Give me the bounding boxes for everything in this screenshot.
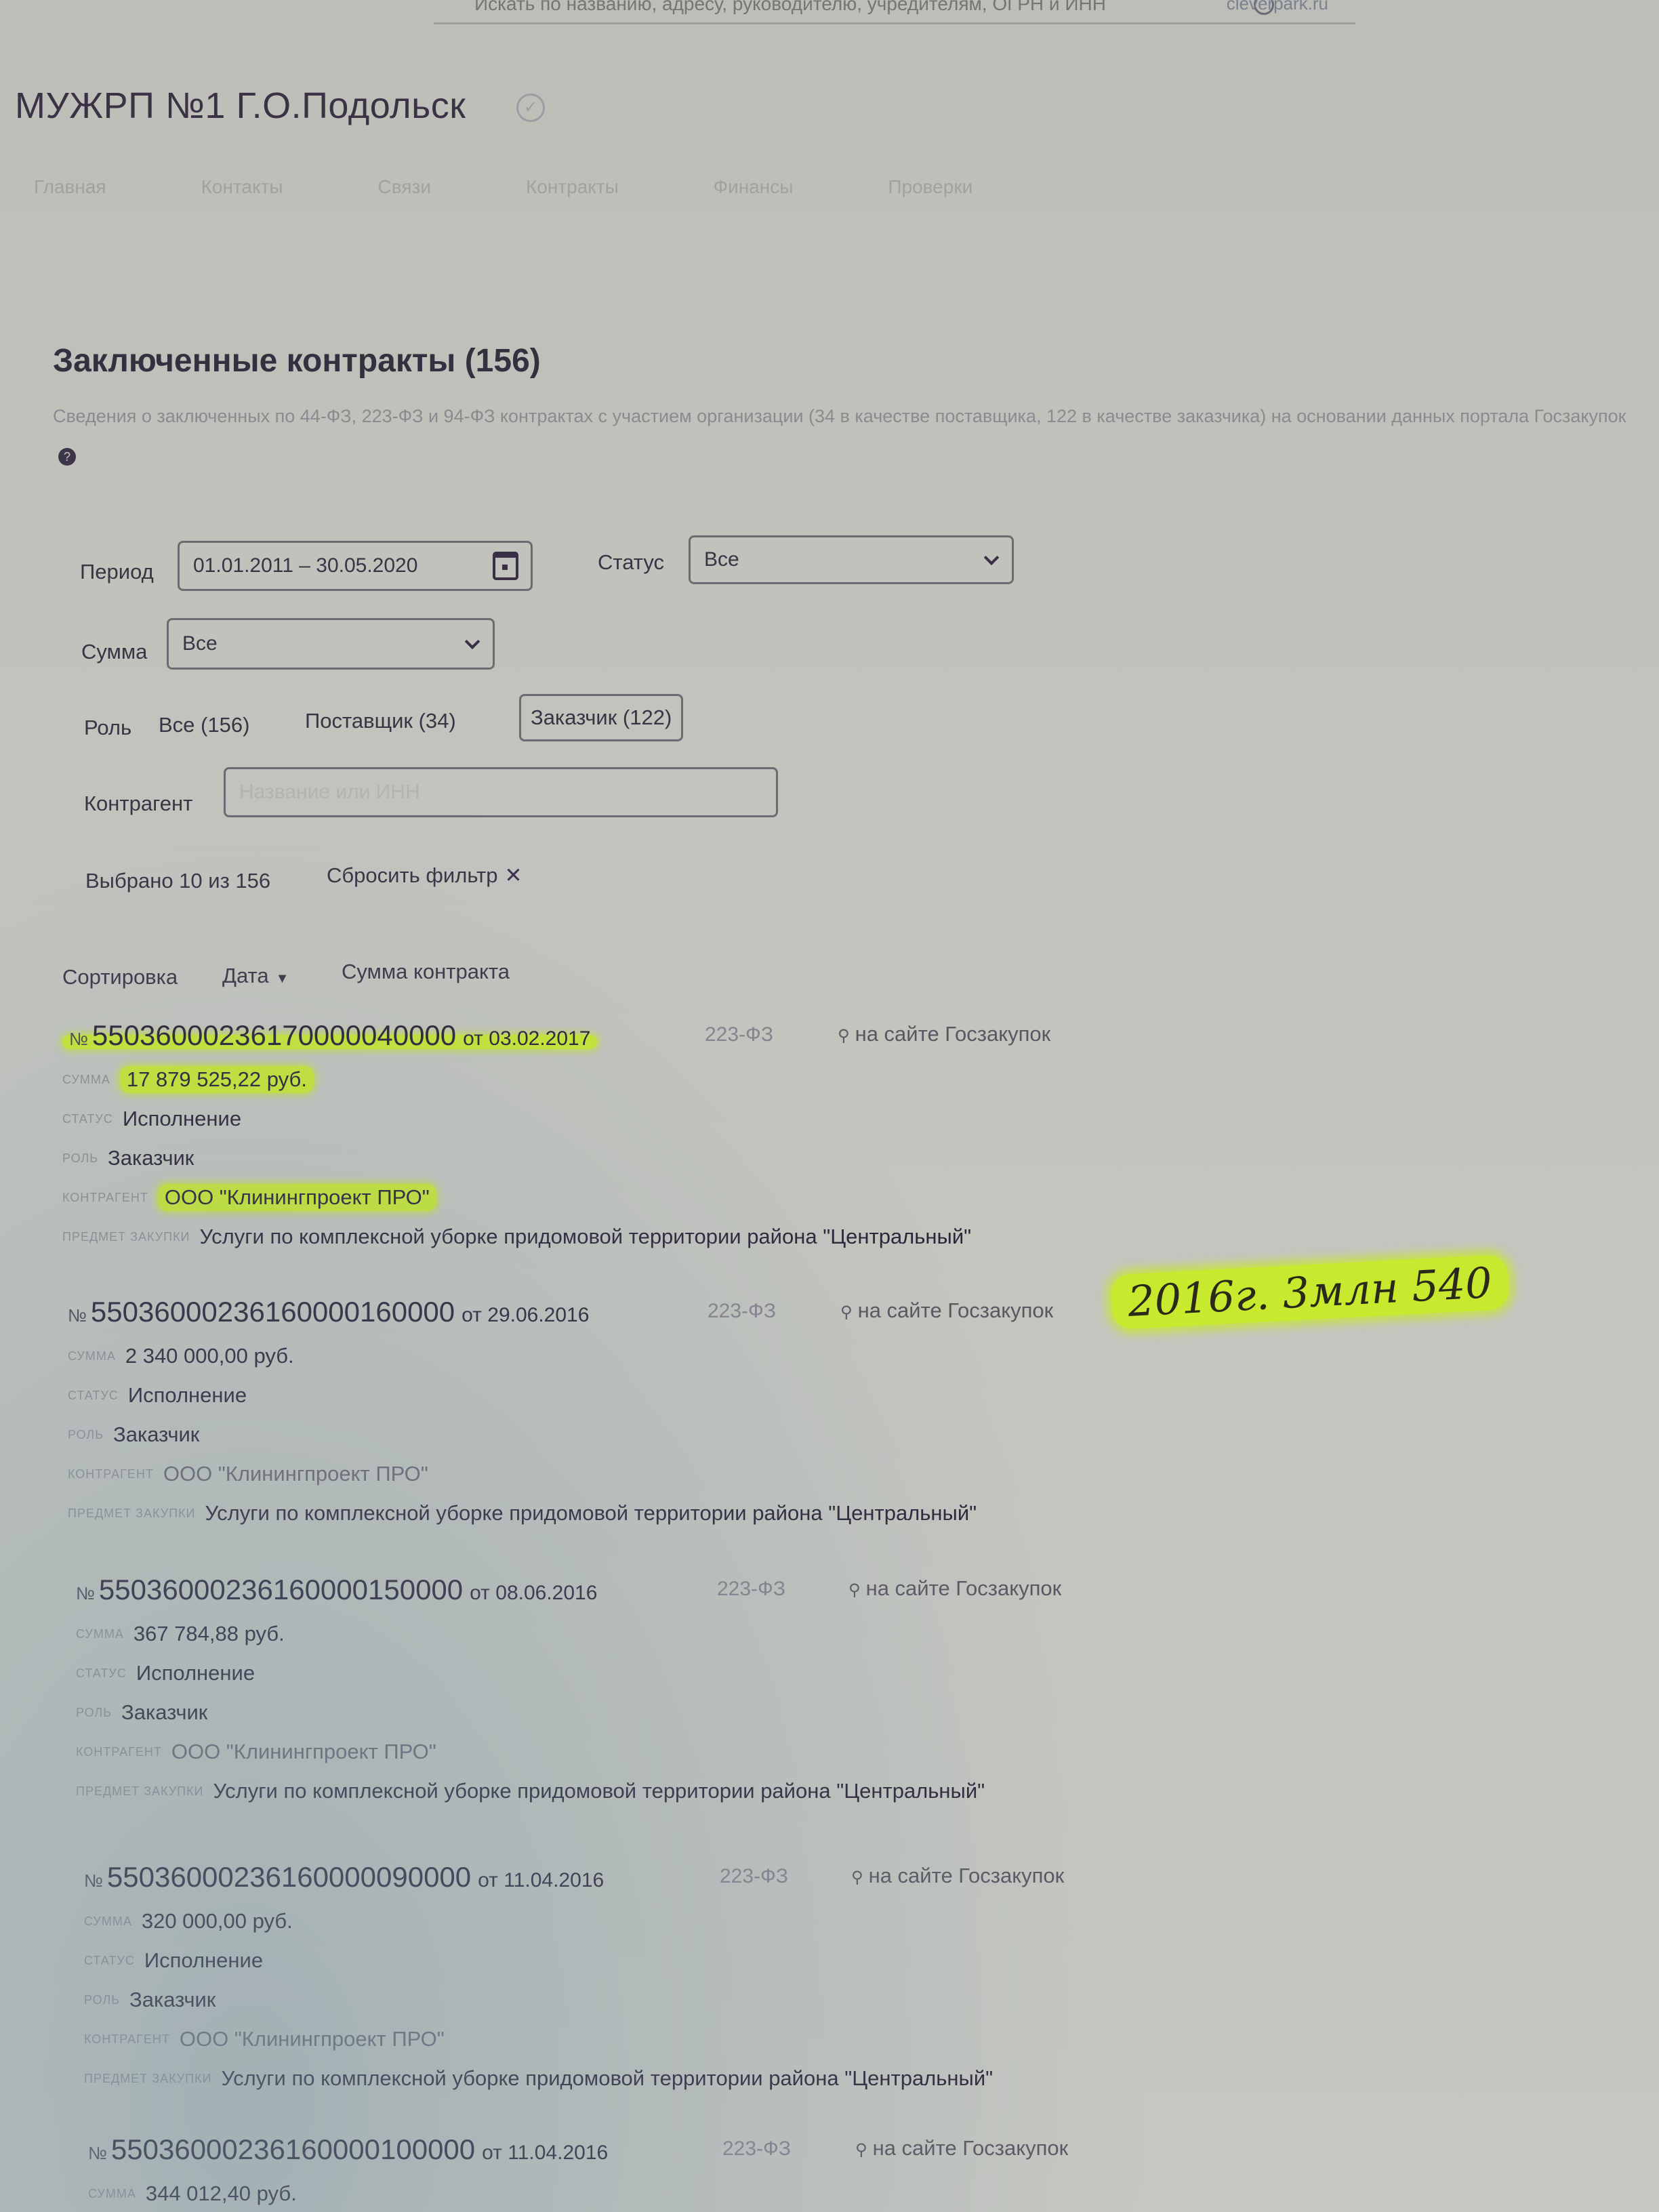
contract-subject-row: Предмет закупкиУслуги по комплексной убо… [84, 2059, 993, 2098]
contract-header: №55036000236160000090000от 11.04.2016223… [84, 1861, 993, 1902]
contract-status: Исполнение [144, 1948, 263, 1973]
nav-tabs: Главная Контакты Связи Контракты Финансы… [34, 176, 972, 198]
contract-status: Исполнение [136, 1661, 255, 1685]
section-description: Сведения о заключенных по 44-ФЗ, 223-ФЗ … [53, 396, 1645, 475]
nav-tab-contacts[interactable]: Контакты [201, 176, 283, 198]
link-icon: ⚲ [838, 1027, 850, 1045]
goszakupki-link[interactable]: ⚲на сайте Госзакупок [848, 1576, 1061, 1601]
contract-status-key: Статус [62, 1112, 113, 1126]
contract-sum-key: Сумма [68, 1349, 116, 1364]
contract-sum-row: Сумма320 000,00 руб. [84, 1902, 993, 1941]
contract-number: 55036000236160000100000 [111, 2133, 475, 2165]
contract-subject: Услуги по комплексной уборке придомовой … [205, 1501, 977, 1525]
period-field[interactable]: 01.01.2011 – 30.05.2020 [178, 541, 533, 591]
contract-status-row: СтатусИсполнение [76, 1654, 985, 1693]
contract-sum-row: Сумма367 784,88 руб. [76, 1614, 985, 1654]
contract-sum-row: Сумма17 879 525,22 руб. [62, 1060, 971, 1099]
contract-role: Заказчик [108, 1146, 194, 1170]
contract-status-row: СтатусИсполнение [62, 1099, 971, 1139]
contract-counterparty[interactable]: ООО "Клинингпроект ПРО" [163, 1462, 428, 1486]
nav-tab-finance[interactable]: Финансы [714, 176, 794, 198]
role-option-all[interactable]: Все (156) [159, 713, 249, 737]
contract-counterparty-key: Контрагент [68, 1467, 154, 1481]
role-label: Роль [84, 716, 131, 740]
contract-sum: 367 784,88 руб. [134, 1622, 285, 1646]
sum-label: Сумма [81, 640, 147, 664]
top-right-link[interactable]: cleverpark.ru [1227, 0, 1328, 14]
nav-tab-links[interactable]: Связи [378, 176, 431, 198]
counterparty-label: Контрагент [84, 792, 192, 816]
contract-sum-key: Сумма [76, 1627, 124, 1641]
contract-sum-key: Сумма [62, 1073, 110, 1087]
reset-filter-button[interactable]: Сбросить фильтр✕ [327, 863, 522, 888]
sort-by-sum[interactable]: Сумма контракта [342, 960, 510, 984]
contract-date: от 03.02.2017 [463, 1027, 590, 1050]
role-option-customer[interactable]: Заказчик (122) [519, 694, 683, 741]
contract-counterparty[interactable]: ООО "Клинингпроект ПРО" [158, 1184, 436, 1211]
contract-number: 55036000236160000090000 [107, 1861, 471, 1893]
close-icon: ✕ [504, 863, 522, 887]
contract-sum: 320 000,00 руб. [142, 1909, 293, 1933]
contract-number: 55036000236160000160000 [91, 1296, 455, 1328]
org-title: МУЖРП №1 Г.О.Подольск [15, 85, 466, 127]
nav-tab-contracts[interactable]: Контракты [526, 176, 619, 198]
contract-card: №55036000236160000160000от 29.06.2016223… [68, 1296, 977, 1533]
number-sign: № [69, 1029, 88, 1049]
contract-counterparty-key: Контрагент [62, 1191, 148, 1205]
verified-check-icon: ✓ [516, 94, 545, 122]
contract-status-key: Статус [76, 1666, 127, 1681]
calendar-icon[interactable] [493, 552, 518, 580]
goszakupki-link[interactable]: ⚲на сайте Госзакупок [838, 1022, 1050, 1046]
contract-header: №55036000236160000100000от 11.04.2016223… [88, 2133, 608, 2174]
contract-subject-key: Предмет закупки [76, 1784, 204, 1799]
section-title: Заключенные контракты (156) [53, 342, 541, 380]
contract-subject: Услуги по комплексной уборке придомовой … [200, 1225, 972, 1249]
contract-status-row: СтатусИсполнение [68, 1376, 977, 1415]
number-sign: № [88, 2143, 107, 2163]
contract-law: 223-ФЗ [708, 1300, 776, 1323]
contract-card: №55036000236160000100000от 11.04.2016223… [88, 2133, 608, 2212]
contract-date: от 29.06.2016 [462, 1304, 589, 1326]
contract-role-row: РольЗаказчик [84, 1980, 993, 2020]
contract-counterparty-key: Контрагент [84, 2032, 170, 2047]
contract-sum-row: Сумма2 340 000,00 руб. [68, 1336, 977, 1376]
counterparty-placeholder: Название или ИНН [239, 781, 420, 804]
contract-subject-row: Предмет закупкиУслуги по комплексной убо… [76, 1771, 985, 1811]
contract-role-key: Роль [76, 1706, 112, 1720]
contract-title[interactable]: №55036000236160000090000от 11.04.2016 [84, 1878, 604, 1889]
chevron-down-icon [984, 550, 1000, 565]
contract-subject: Услуги по комплексной уборке придомовой … [222, 2066, 994, 2091]
contract-role-key: Роль [62, 1151, 98, 1166]
contract-status: Исполнение [123, 1107, 241, 1131]
sort-date-label: Дата [222, 964, 269, 987]
contract-role-row: РольЗаказчик [62, 1139, 971, 1178]
contract-law: 223-ФЗ [705, 1023, 773, 1046]
goszakupki-link[interactable]: ⚲на сайте Госзакупок [855, 2136, 1068, 2160]
sort-desc-icon: ▼ [276, 971, 289, 986]
status-label: Статус [598, 550, 664, 575]
link-icon: ⚲ [840, 1303, 853, 1322]
number-sign: № [76, 1583, 95, 1603]
link-icon: ⚲ [855, 2141, 867, 2159]
contract-counterparty-key: Контрагент [76, 1745, 162, 1759]
contract-role: Заказчик [113, 1422, 199, 1447]
contract-role-row: РольЗаказчик [68, 1415, 977, 1454]
selected-count: Выбрано 10 из 156 [85, 869, 270, 893]
contract-sum-key: Сумма [88, 2187, 136, 2201]
chevron-down-icon [465, 634, 480, 649]
reset-filter-label: Сбросить фильтр [327, 863, 497, 887]
contract-subject-key: Предмет закупки [62, 1230, 190, 1244]
handwritten-annotation: 2016г. 3млн 540 [1110, 1254, 1509, 1330]
contract-date: от 11.04.2016 [478, 1869, 604, 1891]
contract-card: №55036000236160000150000от 08.06.2016223… [76, 1574, 985, 1811]
period-label: Период [80, 560, 154, 584]
contract-subject: Услуги по комплексной уборке придомовой … [213, 1779, 985, 1803]
contract-law: 223-ФЗ [722, 2137, 791, 2160]
contract-subject-key: Предмет закупки [84, 2072, 212, 2086]
contract-status: Исполнение [128, 1383, 247, 1408]
contract-card: №55036000236160000090000от 11.04.2016223… [84, 1861, 993, 2098]
contract-subject-row: Предмет закупкиУслуги по комплексной убо… [68, 1494, 977, 1533]
contract-role: Заказчик [129, 1988, 216, 2012]
contract-counterparty-row: КонтрагентООО "Клинингпроект ПРО" [76, 1732, 985, 1771]
contract-status-key: Статус [68, 1389, 119, 1403]
role-option-supplier[interactable]: Поставщик (34) [305, 709, 456, 733]
contract-subject-row: Предмет закупкиУслуги по комплексной убо… [62, 1217, 971, 1256]
sum-select[interactable]: Все [167, 618, 495, 670]
sort-by-date[interactable]: Дата▼ [222, 964, 289, 988]
sum-value: Все [182, 632, 218, 655]
goszakupki-link[interactable]: ⚲на сайте Госзакупок [851, 1864, 1064, 1888]
contract-header: №55036000236160000160000от 29.06.2016223… [68, 1296, 977, 1336]
status-value: Все [704, 548, 739, 571]
page: cleverpark.ru МУЖРП №1 Г.О.Подольск ✓ Гл… [0, 0, 1659, 2212]
contract-header: №55036000236160000150000от 08.06.2016223… [76, 1574, 985, 1614]
contract-title[interactable]: №55036000236160000100000от 11.04.2016 [88, 2150, 608, 2162]
contract-role-key: Роль [84, 1993, 120, 2007]
contract-sum-key: Сумма [84, 1914, 132, 1929]
top-search-bar: cleverpark.ru [434, 0, 1355, 24]
contract-subject-key: Предмет закупки [68, 1507, 196, 1521]
contract-sum: 344 012,40 руб. [146, 2182, 297, 2206]
contract-title[interactable]: №55036000236170000040000от 03.02.2017 [62, 1035, 597, 1049]
contract-title[interactable]: №55036000236160000160000от 29.06.2016 [68, 1313, 589, 1324]
contract-header: №55036000236170000040000от 03.02.2017223… [62, 1019, 971, 1060]
contract-date: от 11.04.2016 [482, 2142, 608, 2164]
contract-number: 55036000236170000040000 [92, 1019, 456, 1051]
search-input[interactable] [474, 0, 1254, 18]
number-sign: № [84, 1870, 103, 1891]
contract-role: Заказчик [121, 1700, 207, 1725]
contract-card: №55036000236170000040000от 03.02.2017223… [62, 1019, 971, 1256]
contract-sum: 2 340 000,00 руб. [125, 1344, 294, 1368]
sort-label: Сортировка [62, 965, 178, 989]
contract-law: 223-ФЗ [717, 1578, 785, 1601]
link-icon: ⚲ [851, 1868, 863, 1887]
contract-status-key: Статус [84, 1954, 135, 1968]
status-select[interactable]: Все [689, 535, 1014, 584]
contract-counterparty[interactable]: ООО "Клинингпроект ПРО" [180, 2027, 445, 2051]
info-icon[interactable]: ? [58, 448, 76, 466]
contract-date: от 08.06.2016 [470, 1582, 597, 1604]
contract-sum: 17 879 525,22 руб. [120, 1066, 314, 1093]
nav-tab-inspections[interactable]: Проверки [888, 176, 972, 198]
link-icon: ⚲ [848, 1581, 861, 1599]
number-sign: № [68, 1305, 87, 1326]
contract-role-key: Роль [68, 1428, 104, 1442]
contract-counterparty[interactable]: ООО "Клинингпроект ПРО" [171, 1740, 436, 1764]
contract-title[interactable]: №55036000236160000150000от 08.06.2016 [76, 1591, 597, 1602]
section-description-text: Сведения о заключенных по 44-ФЗ, 223-ФЗ … [53, 406, 1626, 426]
contract-law: 223-ФЗ [720, 1865, 788, 1888]
contract-status-row: СтатусИсполнение [84, 1941, 993, 1980]
contract-counterparty-row: КонтрагентООО "Клинингпроект ПРО" [62, 1178, 971, 1217]
period-value: 01.01.2011 – 30.05.2020 [193, 554, 417, 577]
goszakupki-link[interactable]: ⚲на сайте Госзакупок [840, 1298, 1053, 1323]
contract-number: 55036000236160000150000 [99, 1574, 463, 1605]
contract-sum-row: Сумма344 012,40 руб. [88, 2174, 608, 2212]
contract-role-row: РольЗаказчик [76, 1693, 985, 1732]
contract-counterparty-row: КонтрагентООО "Клинингпроект ПРО" [84, 2020, 993, 2059]
nav-tab-main[interactable]: Главная [34, 176, 106, 198]
contract-counterparty-row: КонтрагентООО "Клинингпроект ПРО" [68, 1454, 977, 1494]
counterparty-input[interactable]: Название или ИНН [224, 767, 778, 817]
